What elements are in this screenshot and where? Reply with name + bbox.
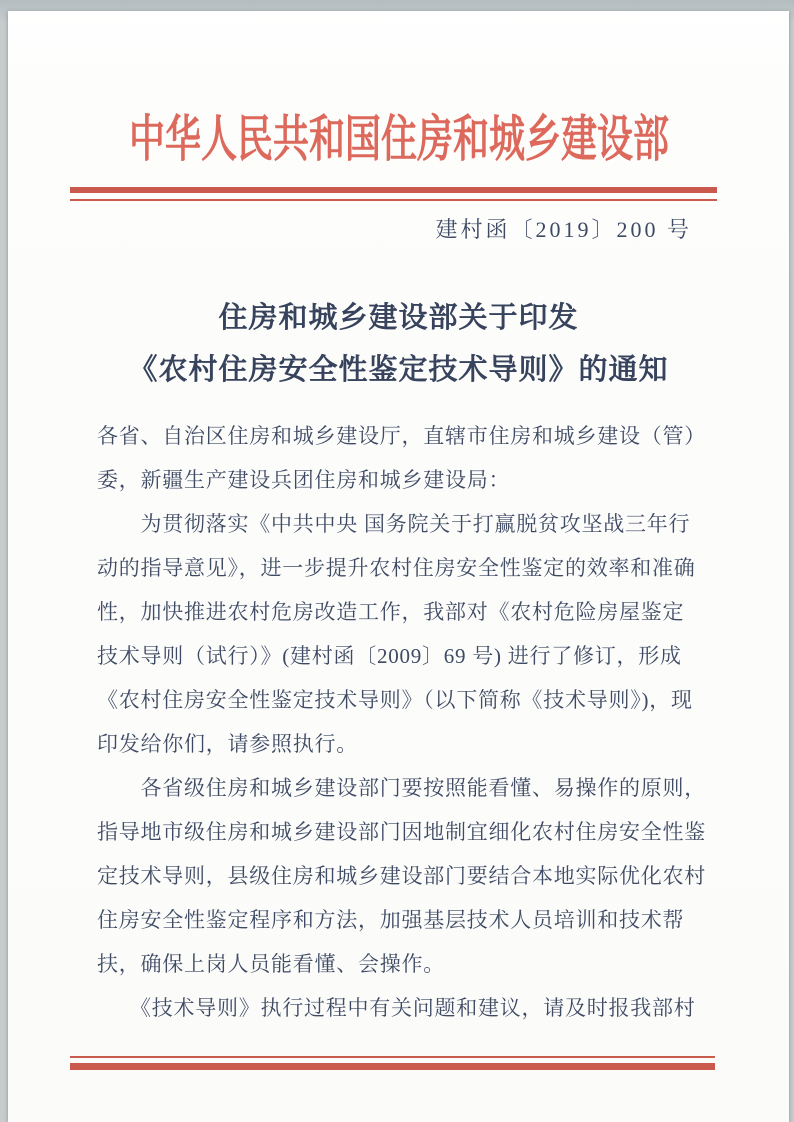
notice-title-line-1: 住房和城乡建设部关于印发 — [8, 292, 789, 344]
document-number: 建村函〔2019〕200 号 — [435, 215, 692, 245]
body-line: 住房安全性鉴定程序和方法，加强基层技术人员培训和技术帮 — [97, 898, 719, 942]
body-line: 定技术导则，县级住房和城乡建设部门要结合本地实际优化农村 — [97, 854, 719, 898]
body-line: 指导地市级住房和城乡建设部门因地制宜细化农村住房安全性鉴 — [97, 810, 719, 854]
notice-title: 住房和城乡建设部关于印发 《农村住房安全性鉴定技术导则》的通知 — [8, 292, 789, 396]
body-line: 委，新疆生产建设兵团住房和城乡建设局： — [97, 458, 719, 502]
body-line: 各省级住房和城乡建设部门要按照能看懂、易操作的原则， — [97, 766, 719, 810]
letterhead-agency-name: 中华人民共和国住房和城乡建设部 — [8, 110, 789, 168]
footer-rule-thin — [70, 1056, 715, 1058]
notice-body: 各省、自治区住房和城乡建设厅，直辖市住房和城乡建设（管） 委，新疆生产建设兵团住… — [97, 414, 719, 1030]
body-line: 《农村住房安全性鉴定技术导则》（以下简称《技术导则》)，现 — [97, 678, 719, 722]
body-line: 《技术导则》执行过程中有关问题和建议，请及时报我部村 — [97, 986, 719, 1030]
document-paper: 中华人民共和国住房和城乡建设部 建村函〔2019〕200 号 住房和城乡建设部关… — [8, 11, 789, 1122]
body-line: 印发给你们，请参照执行。 — [97, 722, 719, 766]
footer-rule-thick — [70, 1063, 715, 1070]
body-line: 动的指导意见》，进一步提升农村住房安全性鉴定的效率和准确 — [97, 546, 719, 590]
notice-title-line-2: 《农村住房安全性鉴定技术导则》的通知 — [8, 344, 789, 396]
letterhead-rule-thick — [70, 187, 717, 193]
body-line: 扶，确保上岗人员能看懂、会操作。 — [97, 942, 719, 986]
body-line: 性，加快推进农村危房改造工作，我部对《农村危险房屋鉴定 — [97, 590, 719, 634]
body-line: 各省、自治区住房和城乡建设厅，直辖市住房和城乡建设（管） — [97, 414, 719, 458]
body-line: 为贯彻落实《中共中央 国务院关于打赢脱贫攻坚战三年行 — [97, 502, 719, 546]
body-line: 技术导则（试行）》(建村函〔2009〕69 号) 进行了修订，形成 — [97, 634, 719, 678]
scan-background: { "document": { "letterhead": { "agency_… — [0, 0, 794, 1122]
letterhead-rule-thin — [70, 199, 717, 201]
letterhead-agency-name-text: 中华人民共和国住房和城乡建设部 — [129, 110, 669, 168]
